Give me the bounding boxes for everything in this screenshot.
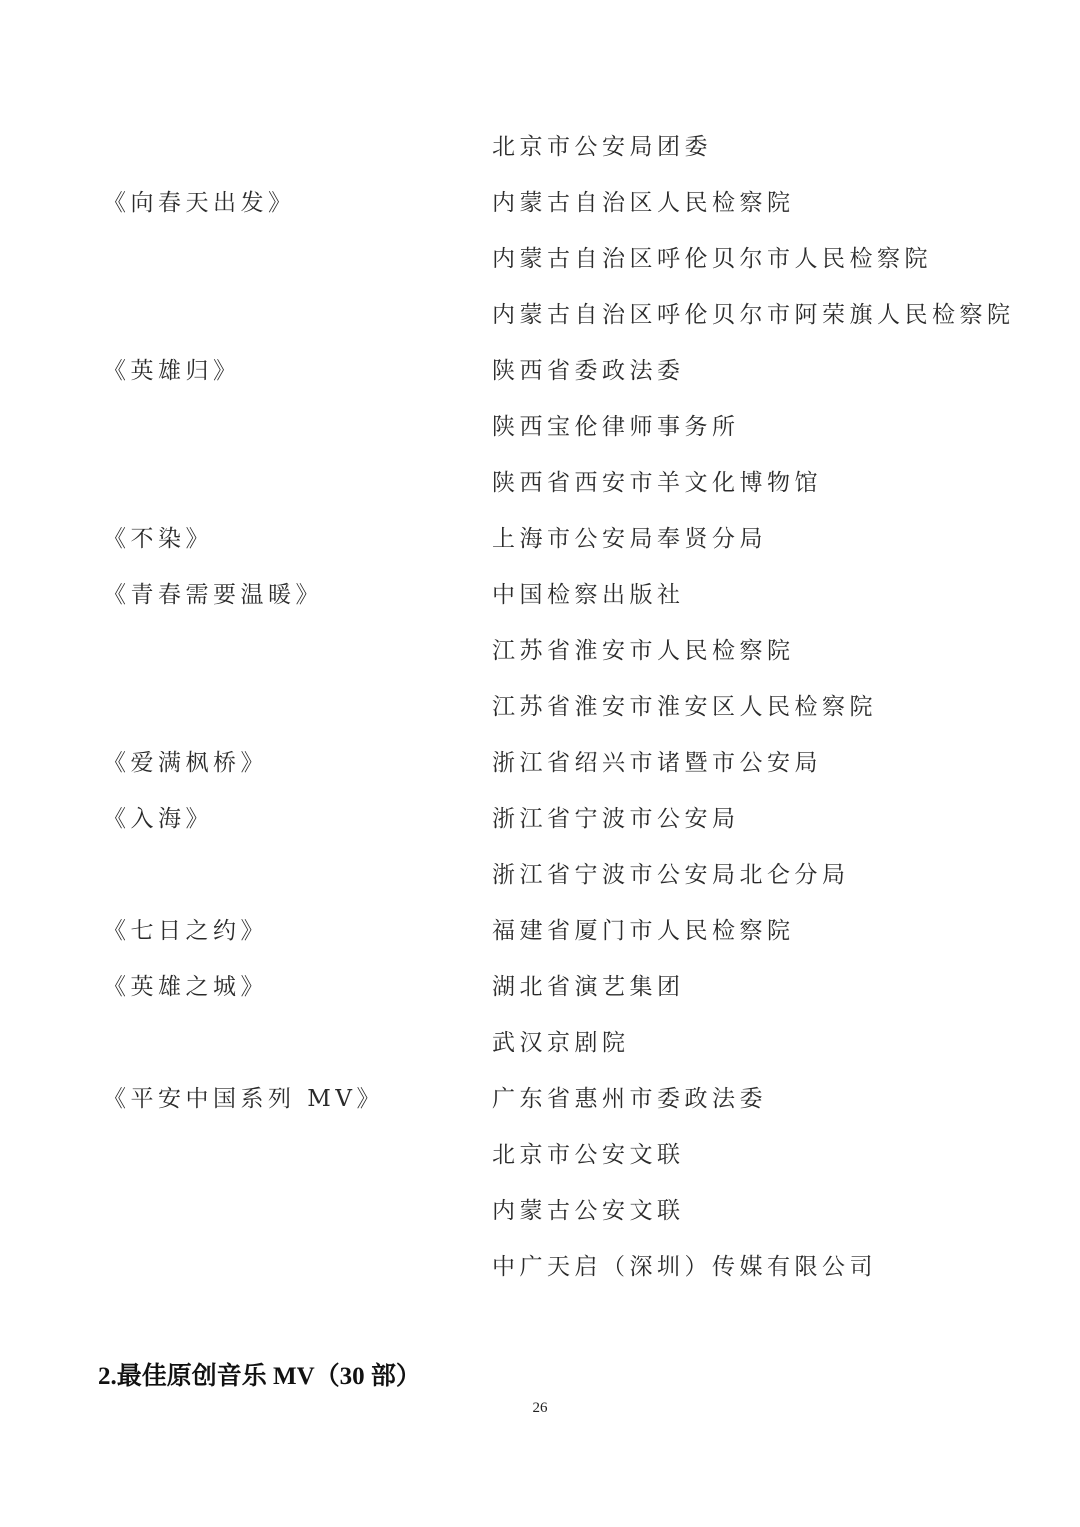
list-row: 江苏省淮安市人民检察院 <box>0 623 1080 679</box>
organization-name: 福建省厦门市人民检察院 <box>492 917 795 945</box>
work-title: 《不染》 <box>103 525 213 553</box>
list-row: 武汉京剧院 <box>0 1015 1080 1071</box>
work-title: 《英雄归》 <box>103 357 241 385</box>
list-row: 《爱满枫桥》 浙江省绍兴市诸暨市公安局 <box>0 735 1080 791</box>
list-row: 北京市公安文联 <box>0 1127 1080 1183</box>
list-row: 《不染》 上海市公安局奉贤分局 <box>0 511 1080 567</box>
organization-name: 中广天启（深圳）传媒有限公司 <box>492 1253 877 1281</box>
award-list: 北京市公安局团委 《向春天出发》 内蒙古自治区人民检察院 内蒙古自治区呼伦贝尔市… <box>0 119 1080 1295</box>
list-row: 江苏省淮安市淮安区人民检察院 <box>0 679 1080 735</box>
organization-name: 内蒙古公安文联 <box>492 1197 685 1225</box>
list-row: 《英雄之城》 湖北省演艺集团 <box>0 959 1080 1015</box>
organization-name: 内蒙古自治区呼伦贝尔市人民检察院 <box>492 245 932 273</box>
organization-name: 浙江省宁波市公安局北仑分局 <box>492 861 850 889</box>
list-row: 内蒙古自治区呼伦贝尔市阿荣旗人民检察院 <box>0 287 1080 343</box>
list-row: 陕西宝伦律师事务所 <box>0 399 1080 455</box>
work-title: 《爱满枫桥》 <box>103 749 268 777</box>
organization-name: 江苏省淮安市淮安区人民检察院 <box>492 693 877 721</box>
list-row: 北京市公安局团委 <box>0 119 1080 175</box>
work-title: 《入海》 <box>103 805 213 833</box>
organization-name: 北京市公安文联 <box>492 1141 685 1169</box>
organization-name: 上海市公安局奉贤分局 <box>492 525 767 553</box>
list-row: 《英雄归》 陕西省委政法委 <box>0 343 1080 399</box>
work-title: 《英雄之城》 <box>103 973 268 1001</box>
organization-name: 湖北省演艺集团 <box>492 973 685 1001</box>
work-title: 《向春天出发》 <box>103 189 296 217</box>
list-row: 《平安中国系列 MV》 广东省惠州市委政法委 <box>0 1071 1080 1127</box>
organization-name: 浙江省宁波市公安局 <box>492 805 740 833</box>
organization-name: 中国检察出版社 <box>492 581 685 609</box>
section-heading: 2.最佳原创音乐 MV（30 部） <box>98 1361 421 1393</box>
list-row: 《入海》 浙江省宁波市公安局 <box>0 791 1080 847</box>
list-row: 内蒙古自治区呼伦贝尔市人民检察院 <box>0 231 1080 287</box>
organization-name: 陕西宝伦律师事务所 <box>492 413 740 441</box>
document-page: 北京市公安局团委 《向春天出发》 内蒙古自治区人民检察院 内蒙古自治区呼伦贝尔市… <box>0 0 1080 1527</box>
work-title: 《青春需要温暖》 <box>103 581 323 609</box>
organization-name: 江苏省淮安市人民检察院 <box>492 637 795 665</box>
organization-name: 内蒙古自治区人民检察院 <box>492 189 795 217</box>
organization-name: 北京市公安局团委 <box>492 133 712 161</box>
list-row: 浙江省宁波市公安局北仑分局 <box>0 847 1080 903</box>
organization-name: 浙江省绍兴市诸暨市公安局 <box>492 749 822 777</box>
page-number: 26 <box>0 1398 1080 1418</box>
work-title: 《七日之约》 <box>103 917 268 945</box>
organization-name: 陕西省委政法委 <box>492 357 685 385</box>
list-row: 中广天启（深圳）传媒有限公司 <box>0 1239 1080 1295</box>
list-row: 《七日之约》 福建省厦门市人民检察院 <box>0 903 1080 959</box>
work-title: 《平安中国系列 MV》 <box>103 1085 384 1113</box>
list-row: 《青春需要温暖》 中国检察出版社 <box>0 567 1080 623</box>
list-row: 《向春天出发》 内蒙古自治区人民检察院 <box>0 175 1080 231</box>
list-row: 内蒙古公安文联 <box>0 1183 1080 1239</box>
organization-name: 内蒙古自治区呼伦贝尔市阿荣旗人民检察院 <box>492 301 1015 329</box>
organization-name: 广东省惠州市委政法委 <box>492 1085 767 1113</box>
organization-name: 陕西省西安市羊文化博物馆 <box>492 469 822 497</box>
organization-name: 武汉京剧院 <box>492 1029 630 1057</box>
list-row: 陕西省西安市羊文化博物馆 <box>0 455 1080 511</box>
